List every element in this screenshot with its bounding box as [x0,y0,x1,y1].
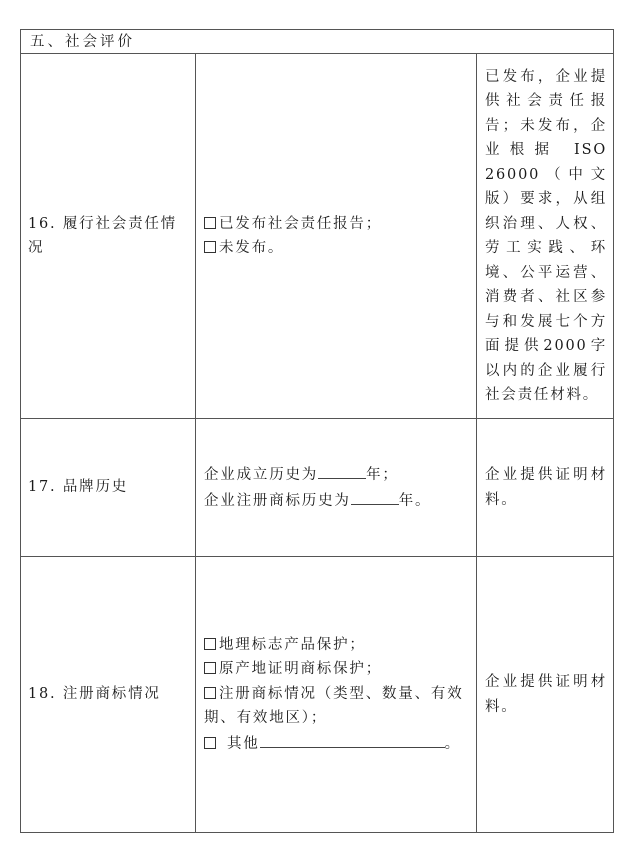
option-label: 其他 [227,736,260,752]
table-row-16: 16. 履行社会责任情况 已发布社会责任报告； 未发布。 已发布，企业提供社会责… [21,54,614,419]
item-label-16: 16. 履行社会责任情况 [21,54,196,419]
table-row-18: 18. 注册商标情况 地理标志产品保护； 原产地证明商标保护； 注册商标情况（类… [21,557,614,833]
fill-suffix: 。 [445,736,461,752]
trademark-history-line: 企业注册商标历史为年。 [204,488,470,514]
option-label: 地理标志产品保护； [219,637,366,653]
trademark-years-input[interactable] [351,488,399,505]
option-label: 未发布。 [219,240,284,256]
section-title: 五、社会评价 [21,30,614,54]
note-cell-17: 企业提供证明材料。 [477,419,614,557]
option-published[interactable]: 已发布社会责任报告； [204,212,470,237]
note-cell-16: 已发布，企业提供社会责任报告；未发布，企业根据 ISO 26000（中文版）要求… [477,54,614,419]
option-geo-indication[interactable]: 地理标志产品保护； [204,633,470,658]
option-not-published[interactable]: 未发布。 [204,236,470,261]
option-origin-certification[interactable]: 原产地证明商标保护； [204,657,470,682]
option-label: 原产地证明商标保护； [219,661,382,677]
form-page: 五、社会评价 16. 履行社会责任情况 已发布社会责任报告； 未发布。 已发布，… [0,0,637,867]
founding-history-line: 企业成立历史为年； [204,462,470,488]
checkbox-geo-indication[interactable] [204,638,216,650]
other-input[interactable] [260,731,445,748]
option-registered-trademark[interactable]: 注册商标情况（类型、数量、有效期、有效地区）； [204,682,470,731]
checkbox-registered-trademark[interactable] [204,687,216,699]
note-cell-18: 企业提供证明材料。 [477,557,614,833]
checkbox-other[interactable] [204,737,216,749]
table-row-17: 17. 品牌历史 企业成立历史为年； 企业注册商标历史为年。 企业提供证明材料。 [21,419,614,557]
fill-prefix: 企业成立历史为 [204,467,318,483]
founding-years-input[interactable] [318,462,366,479]
option-other[interactable]: 其他。 [204,731,470,757]
checkbox-not-published[interactable] [204,241,216,253]
checkbox-origin-certification[interactable] [204,662,216,674]
fill-prefix: 企业注册商标历史为 [204,493,351,509]
fill-suffix: 年； [366,467,399,483]
options-cell-16: 已发布社会责任报告； 未发布。 [196,54,477,419]
options-cell-17: 企业成立历史为年； 企业注册商标历史为年。 [196,419,477,557]
options-cell-18: 地理标志产品保护； 原产地证明商标保护； 注册商标情况（类型、数量、有效期、有效… [196,557,477,833]
option-label: 注册商标情况（类型、数量、有效期、有效地区）； [204,686,464,727]
item-label-17: 17. 品牌历史 [21,419,196,557]
section-header-row: 五、社会评价 [21,30,614,54]
item-label-18: 18. 注册商标情况 [21,557,196,833]
option-label: 已发布社会责任报告； [219,216,382,232]
checkbox-published[interactable] [204,217,216,229]
fill-suffix: 年。 [399,493,432,509]
social-evaluation-table: 五、社会评价 16. 履行社会责任情况 已发布社会责任报告； 未发布。 已发布，… [20,29,614,833]
